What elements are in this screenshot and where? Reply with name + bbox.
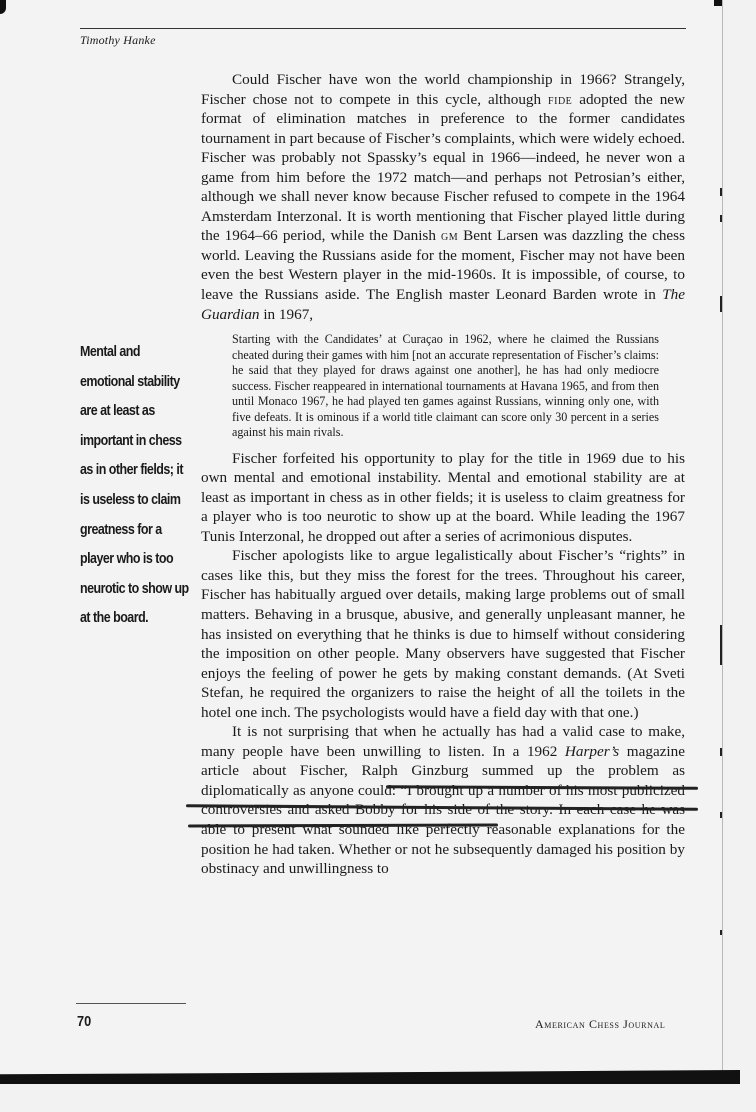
paragraph: It is not surprising that when he actual… — [201, 722, 685, 878]
page-number: 70 — [77, 1013, 91, 1030]
paragraph: Fischer apologists like to argue legalis… — [201, 546, 685, 722]
gm-abbrev: gm — [441, 228, 458, 243]
article-body: Could Fischer have won the world champio… — [201, 70, 685, 879]
header-rule — [80, 28, 686, 29]
margin-mark — [720, 748, 722, 756]
scan-corner-shadow — [0, 0, 6, 14]
margin-mark — [720, 625, 722, 665]
journal-name: American Chess Journal — [535, 1017, 665, 1032]
margin-mark — [720, 215, 722, 222]
paragraph: Could Fischer have won the world champio… — [201, 70, 685, 324]
margin-mark — [720, 930, 722, 935]
paragraph: Fischer forfeited his opportunity to pla… — [201, 449, 685, 547]
fide-abbrev: fide — [548, 92, 572, 107]
magazine-page: Timothy Hanke Could Fischer have won the… — [0, 0, 723, 1075]
pull-quote: Mental and emotional stability are at le… — [80, 338, 192, 634]
footer-rule — [76, 1003, 186, 1004]
margin-mark — [720, 812, 722, 818]
publication-title: Harper’s — [565, 743, 619, 760]
scan-corner-shadow — [714, 0, 722, 6]
running-head-author: Timothy Hanke — [80, 33, 156, 48]
margin-mark — [720, 296, 722, 312]
block-quote: Starting with the Candidates’ at Curaçao… — [232, 332, 659, 441]
margin-mark — [720, 188, 722, 196]
